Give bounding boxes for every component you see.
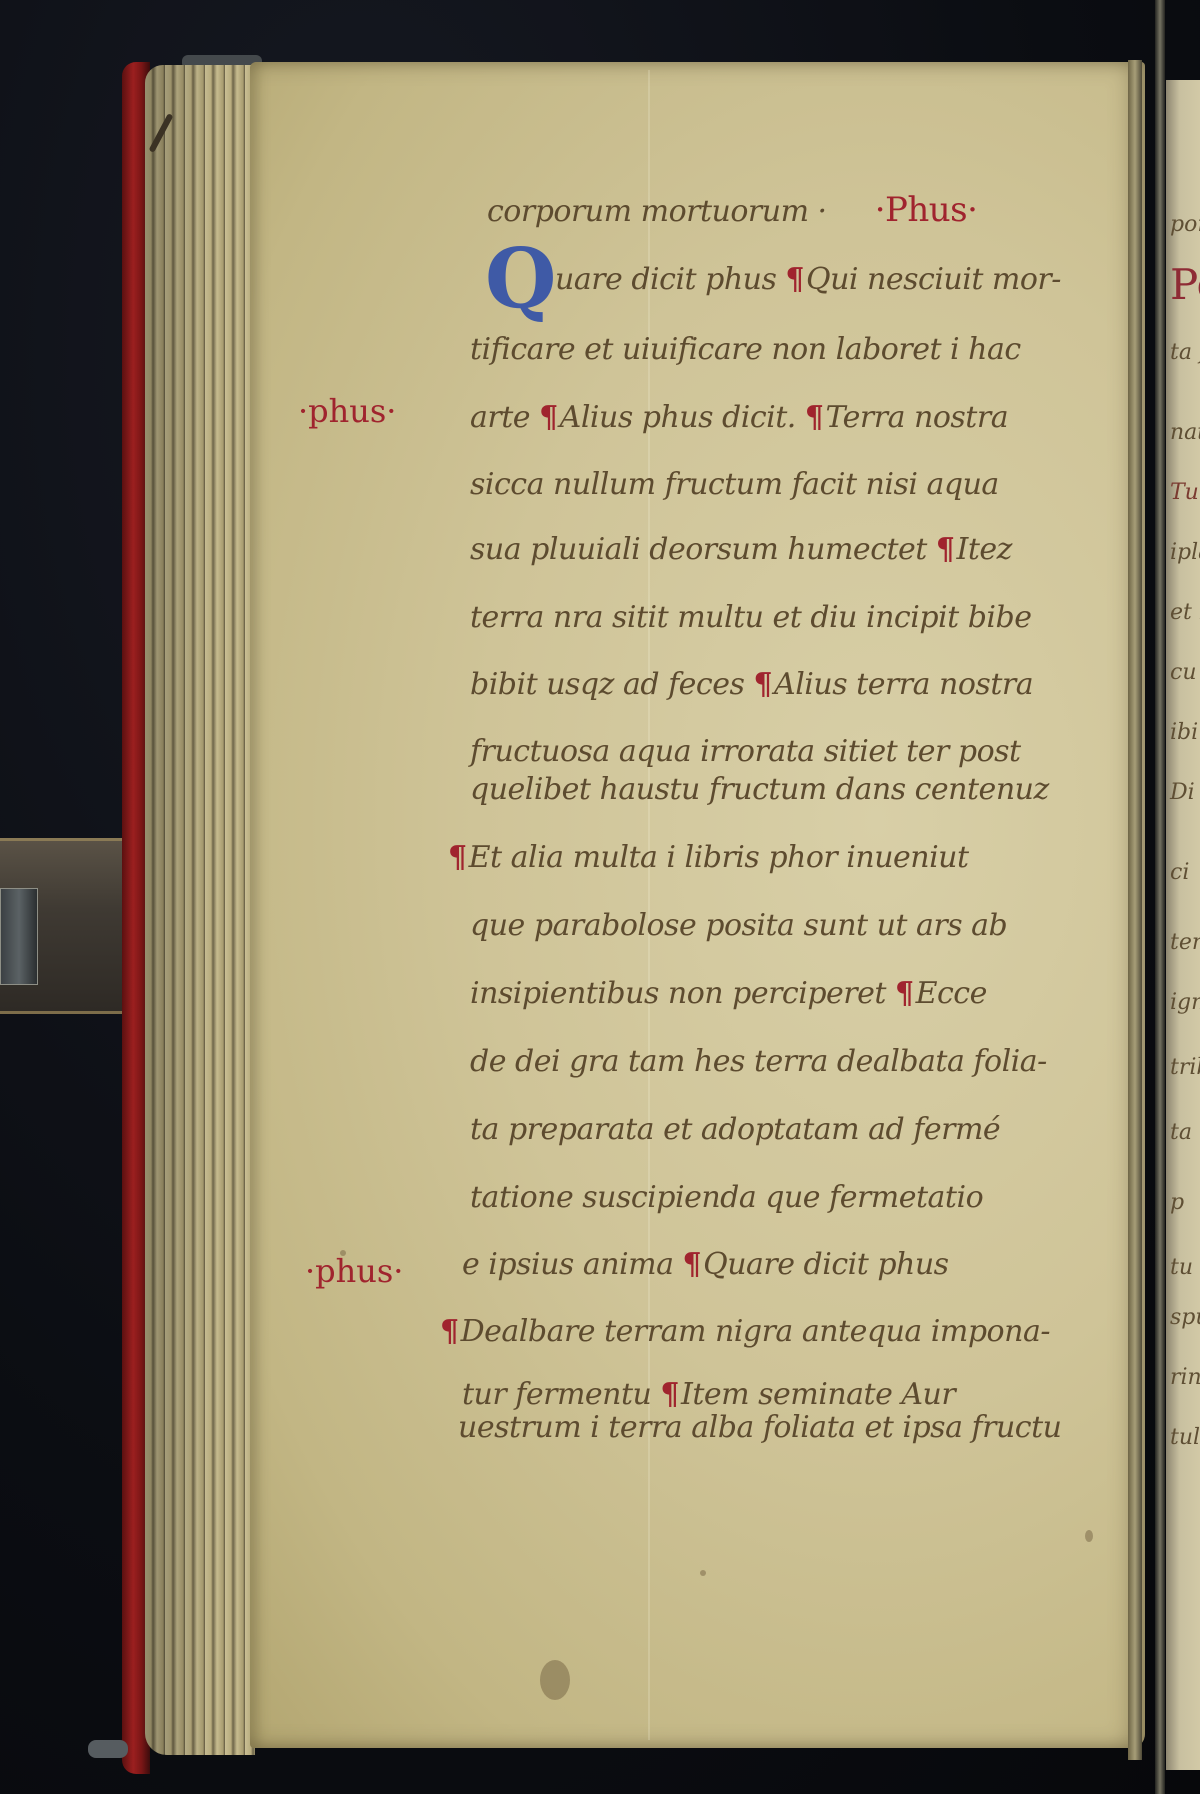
facing-text: Di <box>1170 780 1195 805</box>
text-line-7: bibit usqz ad feces ¶Alius terra nostra <box>470 665 1090 705</box>
text: Alius phus dicit. <box>560 400 805 435</box>
text: fructuosa aqua irrorata sitiet ter post <box>470 734 1021 769</box>
text: ta preparata et adoptatam ad fermé <box>470 1112 1000 1147</box>
text: e ipsius anima <box>462 1247 683 1282</box>
text: sicca nullum fructum facit nisi aqua <box>470 467 999 502</box>
facing-text: tu <box>1170 1255 1193 1280</box>
text: Alius terra nostra <box>774 667 1033 702</box>
ink-stain <box>540 1660 570 1700</box>
facing-text: ter <box>1170 930 1200 955</box>
text: terra nra sitit multu et diu incipit bib… <box>470 600 1031 635</box>
page-crease <box>648 70 650 1740</box>
heading-line: corporum mortuorum · ·Phus· <box>487 190 1107 232</box>
text: tatione suscipienda que fermetatio <box>470 1180 983 1215</box>
text: Qui nesciuit mor- <box>806 262 1061 297</box>
pilcrow: ¶ <box>936 532 955 567</box>
facing-text: et loc <box>1170 600 1200 625</box>
glass-plate-edge <box>1155 0 1165 1794</box>
vellum-page <box>250 62 1145 1748</box>
text-line-11: que parabolose posita sunt ut ars ab <box>470 906 1090 946</box>
text-line-17: ¶Dealbare terram nigra antequa impona- <box>440 1312 1090 1352</box>
facing-text: trib <box>1170 1055 1200 1080</box>
heading-text: corporum mortuorum · <box>487 194 827 229</box>
decorated-initial-q: Q <box>485 238 556 320</box>
text: Dealbare terram nigra antequa impona- <box>461 1314 1050 1349</box>
text: tificare et uiuificare non laboret i hac <box>470 332 1021 367</box>
text: Quare dicit phus <box>703 1247 948 1282</box>
text-line-8: fructuosa aqua irrorata sitiet ter post <box>470 732 1090 772</box>
page-gutter <box>1128 60 1142 1760</box>
text-line-3: arte ¶Alius phus dicit. ¶Terra nostra <box>470 398 1090 438</box>
facing-text: spu <box>1170 1305 1200 1330</box>
spot <box>1085 1530 1093 1542</box>
pilcrow: ¶ <box>440 1314 459 1349</box>
heading-rubric: ·Phus· <box>875 190 978 230</box>
text: bibit usqz ad feces <box>470 667 753 702</box>
facing-text: ipla <box>1170 540 1200 565</box>
text: uare dicit phus <box>555 262 785 297</box>
facing-text: Tu <box>1170 480 1199 505</box>
text-line-2: tificare et uiuificare non laboret i hac <box>470 330 1090 370</box>
pilcrow: ¶ <box>785 262 804 297</box>
text-line-19: uestrum i terra alba foliata et ipsa fru… <box>458 1408 1098 1448</box>
pilcrow: ¶ <box>753 667 772 702</box>
text-line-13: de dei gra tam hes terra dealbata folia- <box>470 1042 1090 1082</box>
text: que parabolose posita sunt ut ars ab <box>470 908 1007 943</box>
text: Ecce <box>916 976 987 1011</box>
text: Itez <box>957 532 1012 567</box>
facing-text: ringe <box>1170 1365 1200 1390</box>
facing-page-sliver: porte Po ta f nat Tu ipla et loc cu d ib… <box>1166 80 1200 1770</box>
text-line-5: sua pluuiali deorsum humectet ¶Itez <box>470 530 1090 570</box>
facing-text: porte <box>1170 212 1200 237</box>
text-line-9: quelibet haustu fructum dans centenuz <box>470 770 1090 810</box>
facing-text: ci <box>1170 860 1189 885</box>
text-line-12: insipientibus non perciperet ¶Ecce <box>470 974 1090 1014</box>
pilcrow: ¶ <box>539 400 558 435</box>
text: insipientibus non perciperet <box>470 976 895 1011</box>
facing-text: p <box>1170 1190 1184 1215</box>
text: quelibet haustu fructum dans centenuz <box>470 772 1049 807</box>
facing-text: ta <box>1170 1120 1192 1145</box>
text: uestrum i terra alba foliata et ipsa fru… <box>458 1410 1061 1445</box>
text-line-10: ¶Et alia multa i libris phor inueniut <box>448 838 1068 878</box>
text-line-4: sicca nullum fructum facit nisi aqua <box>470 465 1090 505</box>
text-line-15: tatione suscipienda que fermetatio <box>470 1178 1090 1218</box>
text: Item seminate Aur <box>681 1377 955 1412</box>
facing-text: ta f <box>1170 340 1200 365</box>
pilcrow: ¶ <box>805 400 824 435</box>
pilcrow: ¶ <box>448 840 467 875</box>
clasp-metal-plate <box>0 888 38 985</box>
text: tur fermentu <box>462 1377 660 1412</box>
text: Et alia multa i libris phor inueniut <box>469 840 969 875</box>
text: Terra nostra <box>825 400 1008 435</box>
pilcrow: ¶ <box>895 976 914 1011</box>
text: de dei gra tam hes terra dealbata folia- <box>470 1044 1047 1079</box>
facing-text: cu d <box>1170 660 1200 685</box>
text-line-14: ta preparata et adoptatam ad fermé <box>470 1110 1090 1150</box>
page-stack-shadow <box>145 65 255 1755</box>
text-line-16: e ipsius anima ¶Quare dicit phus <box>462 1245 1082 1285</box>
spot <box>700 1570 706 1576</box>
metal-corner-bottom <box>88 1740 128 1758</box>
text: sua pluuiali deorsum humectet <box>470 532 936 567</box>
facing-text: igne <box>1170 990 1200 1015</box>
text-line-6: terra nra sitit multu et diu incipit bib… <box>470 598 1090 638</box>
text: arte <box>470 400 539 435</box>
facing-text: tulim <box>1170 1425 1200 1450</box>
marginal-rubric-phus-1: ·phus· <box>298 392 396 430</box>
text-line-1: uare dicit phus ¶Qui nesciuit mor- <box>555 260 1095 300</box>
pilcrow: ¶ <box>660 1377 679 1412</box>
facing-text: nat <box>1170 420 1200 445</box>
pilcrow: ¶ <box>683 1247 702 1282</box>
marginal-rubric-phus-2: ·phus· <box>305 1252 403 1290</box>
facing-rubric: Po <box>1170 260 1200 309</box>
facing-text: ibi he <box>1170 720 1200 745</box>
